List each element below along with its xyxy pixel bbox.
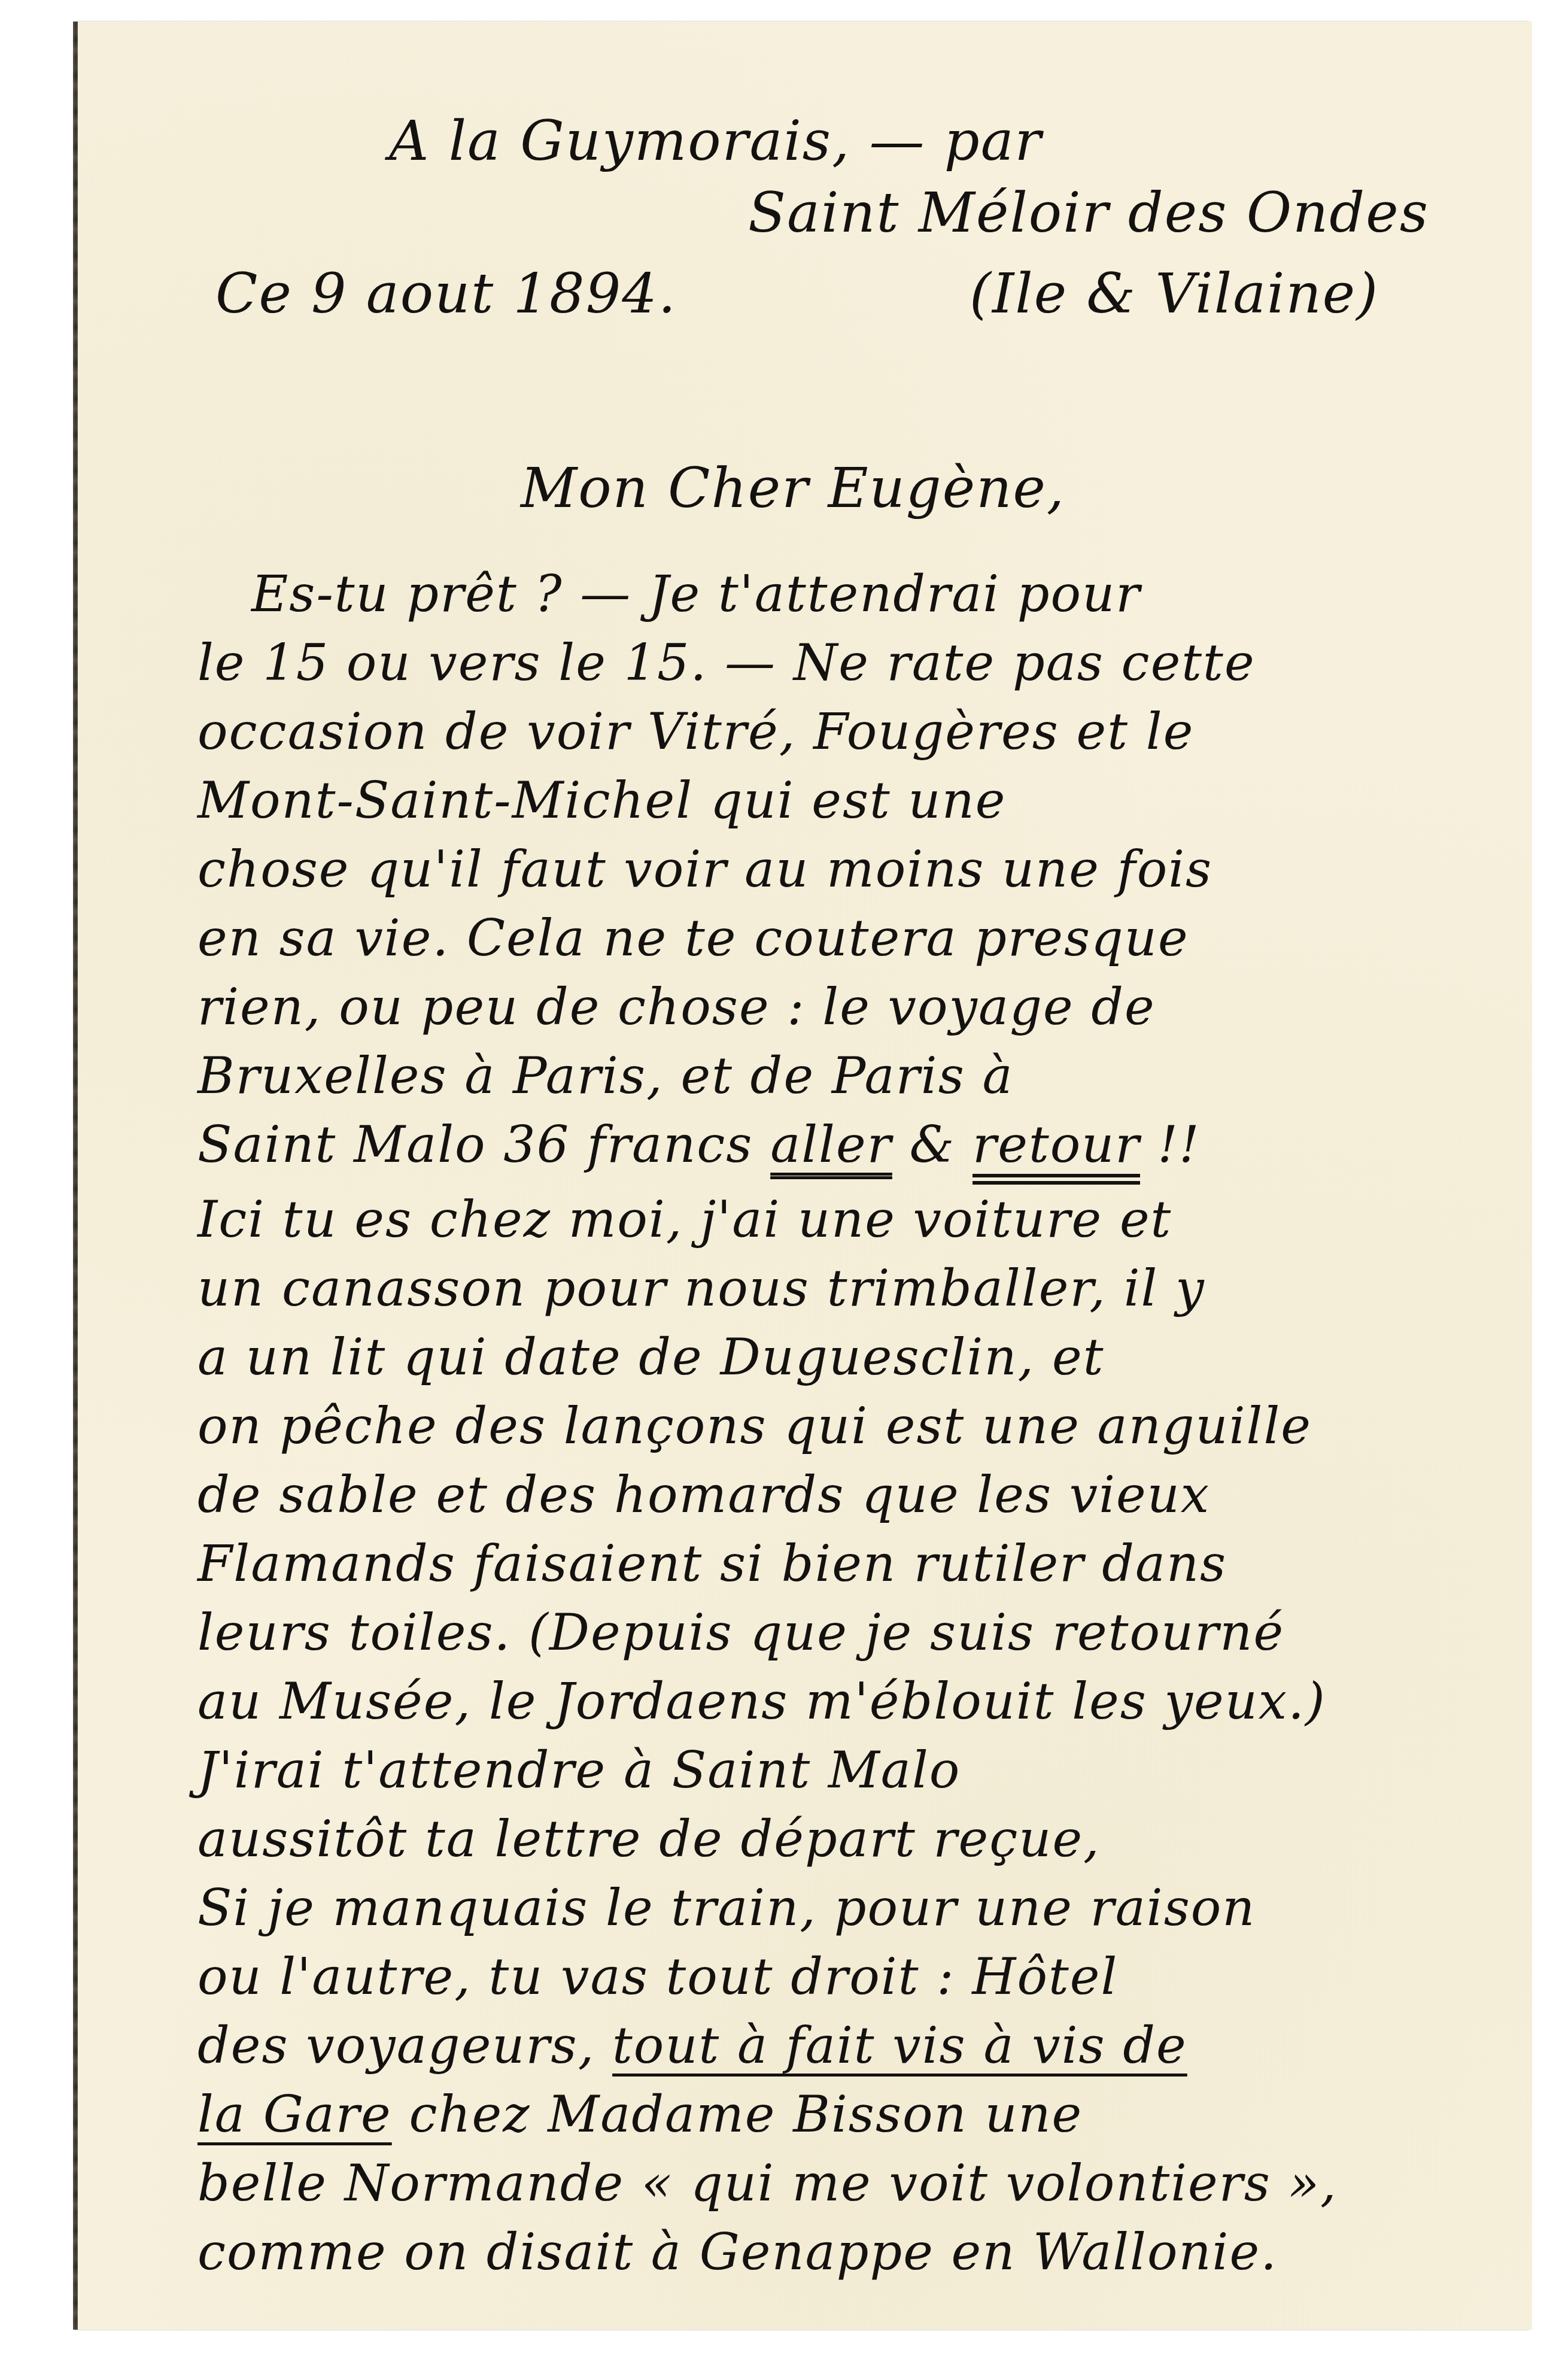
body-line-21: ou l'autre, tu vas tout droit : Hôtel (197, 1951, 1118, 2002)
body-line-23: la Gare chez Madame Bisson une (197, 2089, 1083, 2139)
torn-left-edge (73, 22, 78, 2330)
body-line-3: occasion de voir Vitré, Fougères et le (197, 706, 1194, 757)
body-line-6: en sa vie. Cela ne te coutera presque (197, 913, 1189, 963)
body-line-24: belle Normande « qui me voit volontiers … (197, 2158, 1338, 2208)
emphasis-and: & (910, 1115, 972, 1174)
place-line-2: Saint Méloir des Ondes (748, 186, 1429, 241)
body-line-4: Mont-Saint-Michel qui est une (197, 775, 1006, 825)
emphasis-exclaim: !! (1157, 1115, 1201, 1174)
body-line-14: de sable et des homards que les vieux (197, 1470, 1210, 1520)
body-line-2: le 15 ou vers le 15. — Ne rate pas cette (197, 637, 1256, 688)
body-line-7: rien, ou peu de chose : le voyage de (197, 982, 1156, 1032)
body-line-17: au Musée, le Jordaens m'éblouit les yeux… (197, 1676, 1326, 1726)
letter-region: (Ile & Vilaine) (970, 266, 1379, 321)
emphasis-la-gare: la Gare (197, 2085, 392, 2144)
body-line-20: Si je manquais le train, pour une raison (197, 1883, 1256, 1933)
body-line-5: chose qu'il faut voir au moins une fois (197, 844, 1212, 894)
body-line-15: Flamands faisaient si bien rutiler dans (197, 1538, 1227, 1589)
place-line-1: A la Guymorais, — par (389, 114, 1042, 169)
emphasis-aller: aller (770, 1115, 892, 1174)
body-line-13: on pêche des lançons qui est une anguill… (197, 1401, 1312, 1451)
body-line-10: Ici tu es chez moi, j'ai une voiture et (197, 1194, 1172, 1244)
body-line-22-text: des voyageurs, (197, 2016, 595, 2075)
body-line-9-text: Saint Malo 36 francs (197, 1115, 753, 1174)
body-line-18: J'irai t'attendre à Saint Malo (197, 1745, 961, 1795)
emphasis-tout-a-fait: tout à fait vis à vis de (612, 2016, 1187, 2075)
emphasis-retour: retour (972, 1115, 1140, 1185)
body-line-25: comme on disait à Genappe en Wallonie. (197, 2227, 1278, 2277)
body-line-1: Es-tu prêt ? — Je t'attendrai pour (251, 569, 1141, 619)
body-line-19: aussitôt ta lettre de départ reçue, (197, 1814, 1101, 1864)
body-line-23-rest: chez Madame Bisson une (409, 2085, 1083, 2144)
body-line-8: Bruxelles à Paris, et de Paris à (197, 1051, 1014, 1101)
body-line-12: a un lit qui date de Duguesclin, et (197, 1332, 1104, 1382)
body-line-16: leurs toiles. (Depuis que je suis retour… (197, 1607, 1284, 1657)
salutation: Mon Cher Eugène, (521, 461, 1065, 516)
body-line-9: Saint Malo 36 francs aller & retour !! (197, 1119, 1201, 1170)
body-line-22: des voyageurs, tout à fait vis à vis de (197, 2020, 1187, 2071)
body-line-11: un canasson pour nous trimballer, il y (197, 1263, 1205, 1313)
letter-date: Ce 9 aout 1894. (215, 266, 677, 321)
